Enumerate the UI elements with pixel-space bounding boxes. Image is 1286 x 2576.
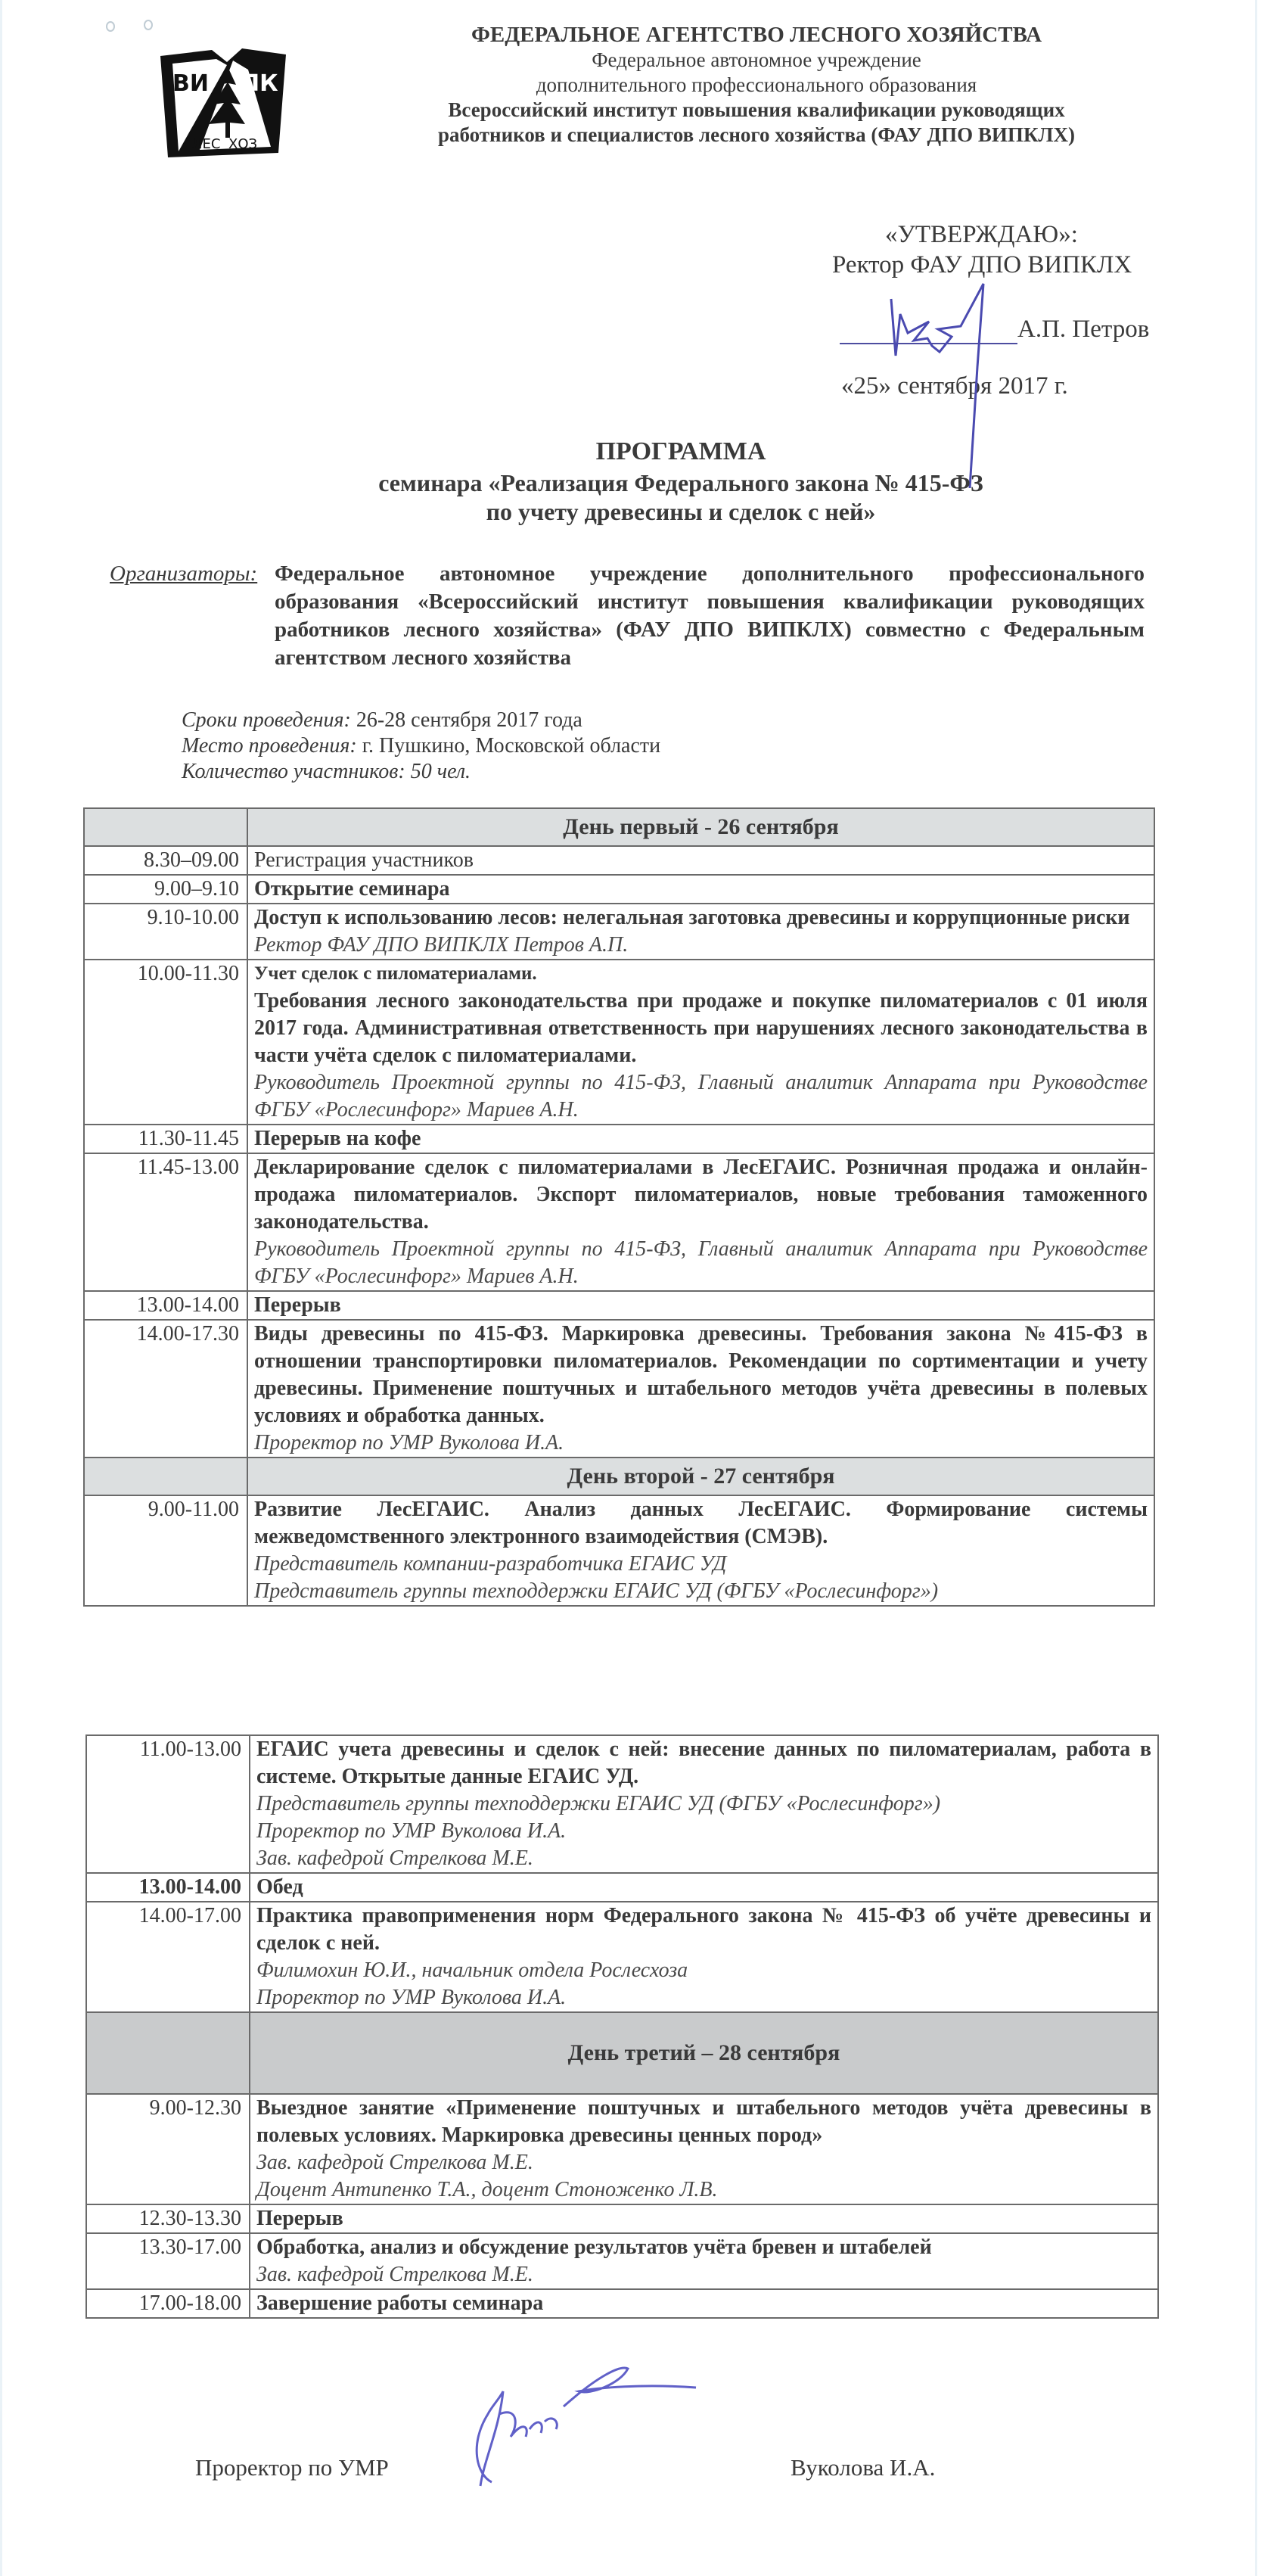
viptk-leskhoz-logo-icon: ВИ ПК ЛЕС ХОЗ <box>157 39 290 159</box>
activity-speaker: Проректор по УМР Вуколова И.А. <box>256 1818 1151 1845</box>
svg-text:ПК: ПК <box>241 70 278 97</box>
schedule-row: 9.00–9.10Открытие семинара <box>84 875 1154 904</box>
activity-speaker: Руководитель Проектной группы по 415-ФЗ,… <box>254 1236 1148 1290</box>
scan-edge-left <box>0 0 2 2576</box>
organization-header: ФЕДЕРАЛЬНОЕ АГЕНТСТВО ЛЕСНОГО ХОЗЯЙСТВА … <box>393 23 1120 148</box>
schedule-activity: Открытие семинара <box>247 875 1154 904</box>
activity-title: Обработка, анализ и обсуждение результат… <box>256 2234 1151 2261</box>
day-header-title: День первый - 26 сентября <box>247 808 1154 846</box>
day-header-time-cell <box>84 808 247 846</box>
program-title: ПРОГРАММА семинара «Реализация Федеральн… <box>227 435 1135 526</box>
schedule-time: 9.10-10.00 <box>84 904 247 960</box>
activity-title: Перерыв на кофе <box>254 1125 1148 1153</box>
schedule-time: 14.00-17.00 <box>86 1902 250 2012</box>
activity-speaker: Филимохин Ю.И., начальник отдела Рослесх… <box>256 1957 1151 1984</box>
activity-speaker: Представитель группы техподдержки ЕГАИС … <box>254 1578 1148 1605</box>
schedule-time: 9.00-12.30 <box>86 2094 250 2204</box>
schedule-activity: Завершение работы семинара <box>250 2289 1158 2318</box>
activity-title: Доступ к использованию лесов: нелегальна… <box>254 904 1148 932</box>
activity-speaker: Зав. кафедрой Стрелкова М.Е. <box>256 1845 1151 1872</box>
event-meta: Сроки проведения: 26-28 сентября 2017 го… <box>182 708 660 785</box>
day-header-title: День третий – 28 сентября <box>250 2012 1158 2094</box>
schedule-row: 9.00-11.00Развитие ЛесЕГАИС. Анализ данн… <box>84 1495 1154 1606</box>
event-participants: Количество участников: 50 чел. <box>182 759 660 785</box>
schedule-activity: Перерыв на кофе <box>247 1125 1154 1153</box>
activity-title: Регистрация участников <box>254 847 1148 874</box>
schedule-row: 13.00-14.00Обед <box>86 1873 1158 1902</box>
scan-artifact <box>106 21 115 32</box>
day-header-title: День второй - 27 сентября <box>247 1458 1154 1495</box>
day-header-time-cell <box>84 1458 247 1495</box>
schedule-activity: Доступ к использованию лесов: нелегальна… <box>247 904 1154 960</box>
agency-name: ФЕДЕРАЛЬНОЕ АГЕНТСТВО ЛЕСНОГО ХОЗЯЙСТВА <box>393 23 1120 48</box>
organizers-section: Организаторы:Федеральное автономное учре… <box>110 560 1169 672</box>
activity-speaker: Зав. кафедрой Стрелкова М.Е. <box>256 2261 1151 2288</box>
schedule-row: 13.00-14.00Перерыв <box>84 1291 1154 1320</box>
svg-text:ЛЕС: ЛЕС <box>192 136 220 152</box>
schedule-activity: Учет сделок с пиломатериалами.Требования… <box>247 960 1154 1125</box>
event-place: Место проведения: г. Пушкино, Московской… <box>182 733 660 759</box>
schedule-activity: Обработка, анализ и обсуждение результат… <box>250 2233 1158 2289</box>
schedule-row: 14.00-17.00Практика правоприменения норм… <box>86 1902 1158 2012</box>
scan-artifact <box>144 20 153 30</box>
schedule-time: 13.00-14.00 <box>84 1291 247 1320</box>
schedule-activity: Перерыв <box>250 2204 1158 2233</box>
day-header-row: День первый - 26 сентября <box>84 808 1154 846</box>
day-header-time-cell <box>86 2012 250 2094</box>
activity-speaker: Доцент Антипенко Т.А., доцент Стоноженко… <box>256 2176 1151 2204</box>
svg-text:ВИ: ВИ <box>172 70 209 97</box>
activity-title: Декларирование сделок с пиломатериалами … <box>254 1154 1148 1236</box>
prorector-signature-icon <box>446 2361 734 2490</box>
activity-speaker: Зав. кафедрой Стрелкова М.Е. <box>256 2149 1151 2176</box>
schedule-row: 9.00-12.30Выездное занятие «Применение п… <box>86 2094 1158 2204</box>
org-subtitle-2: дополнительного профессионального образо… <box>393 73 1120 98</box>
schedule-table-part-1: День первый - 26 сентября8.30–09.00Регис… <box>83 807 1155 1607</box>
activity-title: Завершение работы семинара <box>256 2290 1151 2317</box>
schedule-activity: Виды древесины по 415-ФЗ. Маркировка дре… <box>247 1320 1154 1458</box>
schedule-row: 11.45-13.00Декларирование сделок с пилом… <box>84 1153 1154 1291</box>
org-subtitle-1: Федеральное автономное учреждение <box>393 48 1120 73</box>
schedule-time: 8.30–09.00 <box>84 846 247 875</box>
schedule-row: 8.30–09.00Регистрация участников <box>84 846 1154 875</box>
activity-title: Обед <box>256 1874 1151 1901</box>
schedule-time: 17.00-18.00 <box>86 2289 250 2318</box>
approval-label: «УТВЕРЖДАЮ»: <box>825 219 1173 250</box>
schedule-activity: Развитие ЛесЕГАИС. Анализ данных ЛесЕГАИ… <box>247 1495 1154 1606</box>
activity-speaker: Проректор по УМР Вуколова И.А. <box>256 1984 1151 2011</box>
footer-name: Вуколова И.А. <box>791 2454 935 2481</box>
day-header-row: День третий – 28 сентября <box>86 2012 1158 2094</box>
activity-title: Выездное занятие «Применение поштучных и… <box>256 2095 1151 2149</box>
schedule-time: 11.00-13.00 <box>86 1735 250 1873</box>
approval-position: Ректор ФАУ ДПО ВИПКЛХ <box>825 250 1173 280</box>
activity-title: Развитие ЛесЕГАИС. Анализ данных ЛесЕГАИ… <box>254 1496 1148 1551</box>
activity-title: ЕГАИС учета древесины и сделок с ней: вн… <box>256 1736 1151 1790</box>
schedule-time: 9.00-11.00 <box>84 1495 247 1606</box>
approval-name: А.П. Петров <box>1017 314 1149 344</box>
schedule-activity: Выездное занятие «Применение поштучных и… <box>250 2094 1158 2204</box>
organizers-label: Организаторы: <box>110 560 282 588</box>
activity-title: Виды древесины по 415-ФЗ. Маркировка дре… <box>254 1321 1148 1430</box>
scan-edge-right <box>1255 0 1257 2576</box>
schedule-time: 14.00-17.30 <box>84 1320 247 1458</box>
schedule-time: 11.45-13.00 <box>84 1153 247 1291</box>
activity-title: Перерыв <box>254 1292 1148 1319</box>
schedule-activity: Практика правоприменения норм Федерально… <box>250 1902 1158 2012</box>
activity-title: Требования лесного законодательства при … <box>254 988 1148 1069</box>
schedule-row: 11.30-11.45Перерыв на кофе <box>84 1125 1154 1153</box>
schedule-activity: Декларирование сделок с пиломатериалами … <box>247 1153 1154 1291</box>
schedule-time: 9.00–9.10 <box>84 875 247 904</box>
title-line-2: по учету древесины и сделок с ней» <box>227 497 1135 526</box>
schedule-row: 12.30-13.30Перерыв <box>86 2204 1158 2233</box>
title-line-1: семинара «Реализация Федерального закона… <box>227 468 1135 497</box>
schedule-activity: Перерыв <box>247 1291 1154 1320</box>
schedule-table-part-2: 11.00-13.00ЕГАИС учета древесины и сдело… <box>85 1734 1159 2319</box>
schedule-time: 11.30-11.45 <box>84 1125 247 1153</box>
activity-title: Перерыв <box>256 2205 1151 2232</box>
institute-name-2: работников и специалистов лесного хозяйс… <box>393 123 1120 148</box>
event-dates: Сроки проведения: 26-28 сентября 2017 го… <box>182 708 660 733</box>
schedule-row: 14.00-17.30Виды древесины по 415-ФЗ. Мар… <box>84 1320 1154 1458</box>
activity-title: Практика правоприменения норм Федерально… <box>256 1902 1151 1957</box>
schedule-row: 13.30-17.00Обработка, анализ и обсуждени… <box>86 2233 1158 2289</box>
schedule-row: 9.10-10.00Доступ к использованию лесов: … <box>84 904 1154 960</box>
schedule-row: 10.00-11.30Учет сделок с пиломатериалами… <box>84 960 1154 1125</box>
activity-speaker: Проректор по УМР Вуколова И.А. <box>254 1430 1148 1457</box>
activity-speaker: Представитель компании-разработчика ЕГАИ… <box>254 1551 1148 1578</box>
schedule-time: 13.00-14.00 <box>86 1873 250 1902</box>
institute-name-1: Всероссийский институт повышения квалифи… <box>393 98 1120 123</box>
schedule-activity: Обед <box>250 1873 1158 1902</box>
schedule-activity: Регистрация участников <box>247 846 1154 875</box>
schedule-time: 10.00-11.30 <box>84 960 247 1125</box>
schedule-row: 11.00-13.00ЕГАИС учета древесины и сдело… <box>86 1735 1158 1873</box>
organizers-text: Федеральное автономное учреждение дополн… <box>275 560 1145 672</box>
schedule-activity: ЕГАИС учета древесины и сделок с ней: вн… <box>250 1735 1158 1873</box>
schedule-time: 12.30-13.30 <box>86 2204 250 2233</box>
day-header-row: День второй - 27 сентября <box>84 1458 1154 1495</box>
title-main: ПРОГРАММА <box>227 435 1135 468</box>
footer-position: Проректор по УМР <box>195 2454 389 2481</box>
schedule-row: 17.00-18.00Завершение работы семинара <box>86 2289 1158 2318</box>
activity-speaker: Руководитель Проектной группы по 415-ФЗ,… <box>254 1069 1148 1124</box>
schedule-time: 13.30-17.00 <box>86 2233 250 2289</box>
activity-title: Открытие семинара <box>254 876 1148 903</box>
activity-speaker: Представитель группы техподдержки ЕГАИС … <box>256 1790 1151 1818</box>
activity-speaker: Ректор ФАУ ДПО ВИПКЛХ Петров А.П. <box>254 932 1148 959</box>
svg-text:ХОЗ: ХОЗ <box>228 136 257 152</box>
activity-subtitle: Учет сделок с пиломатериалами. <box>254 960 1148 988</box>
